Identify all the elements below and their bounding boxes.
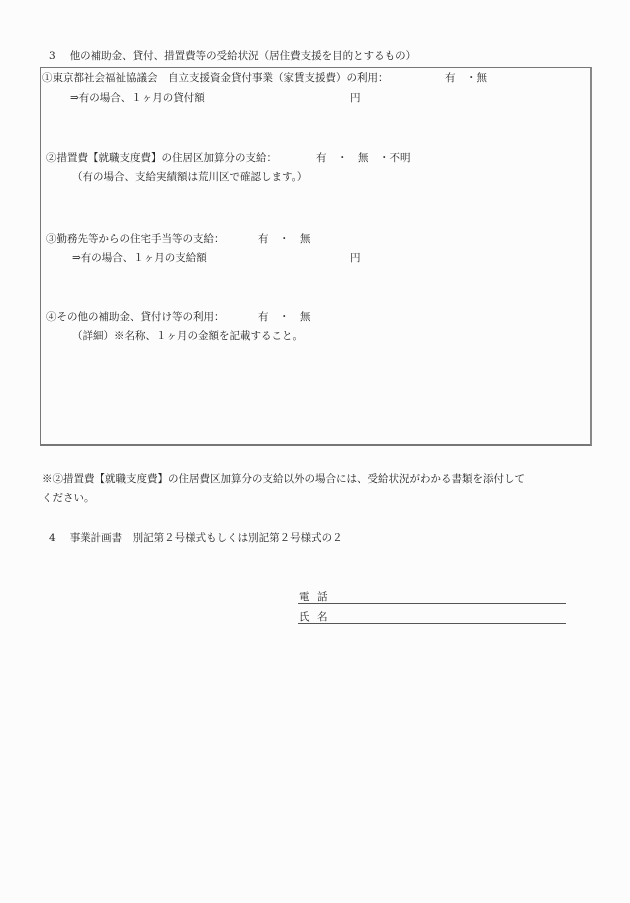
attachment-note-line2: ください。	[42, 491, 95, 505]
section3-number: 3	[49, 50, 56, 62]
name-label-char1: 氏	[299, 610, 317, 624]
phone-label-char1: 電	[299, 590, 317, 604]
item3-amount-unit: 円	[350, 251, 361, 265]
item1-options[interactable]: 有 ・無	[445, 71, 487, 85]
item4-detail-instruction: （詳細）※名称、１ヶ月の金額を記載すること。	[72, 329, 303, 343]
item4-options[interactable]: 有 ・ 無	[258, 310, 311, 324]
name-label-char2: 名	[317, 610, 335, 624]
name-field-line[interactable]	[298, 623, 566, 624]
section3-title: 他の補助金、貸付、措置費等の受給状況（居住費支援を目的とするもの）	[70, 50, 417, 62]
item3-amount-label: ⇒有の場合、１ヶ月の支給額	[72, 251, 207, 265]
item4-question: ④その他の補助金、貸付け等の利用：	[46, 310, 225, 324]
section4-number: 4	[49, 532, 56, 544]
item3-question: ③勤務先等からの住宅手当等の支給：	[46, 232, 225, 246]
item1-question: ①東京都社会福祉協議会 自立支援資金貸付事業（家賃支援費）の利用：	[42, 72, 389, 84]
item1-amount-unit: 円	[350, 91, 361, 105]
item2-options[interactable]: 有 ・ 無 ・不明	[316, 151, 411, 165]
item2-note: （有の場合、支給実績額は荒川区で確認します。）	[72, 170, 307, 184]
phone-field-line[interactable]	[298, 603, 566, 604]
item1-amount-label: ⇒有の場合、１ヶ月の貸付額	[70, 91, 205, 105]
section3-heading: 3他の補助金、貸付、措置費等の受給状況（居住費支援を目的とするもの）	[49, 49, 416, 63]
section4-title: 事業計画書 別記第２号様式もしくは別記第２号様式の２	[70, 532, 343, 544]
item3-options[interactable]: 有 ・ 無	[258, 232, 311, 246]
phone-label-char2: 話	[317, 590, 335, 604]
name-label: 氏名	[299, 610, 335, 624]
item1-line1: ①東京都社会福祉協議会 自立支援資金貸付事業（家賃支援費）の利用：	[42, 71, 389, 85]
section4-heading: 4事業計画書 別記第２号様式もしくは別記第２号様式の２	[49, 531, 343, 545]
phone-label: 電話	[299, 590, 335, 604]
attachment-note-line1: ※②措置費【就職支度費】の住居費区加算分の支給以外の場合には、受給状況がわかる書…	[42, 472, 525, 486]
item2-question: ②措置費【就職支度費】の住居区加算分の支給：	[46, 151, 277, 165]
